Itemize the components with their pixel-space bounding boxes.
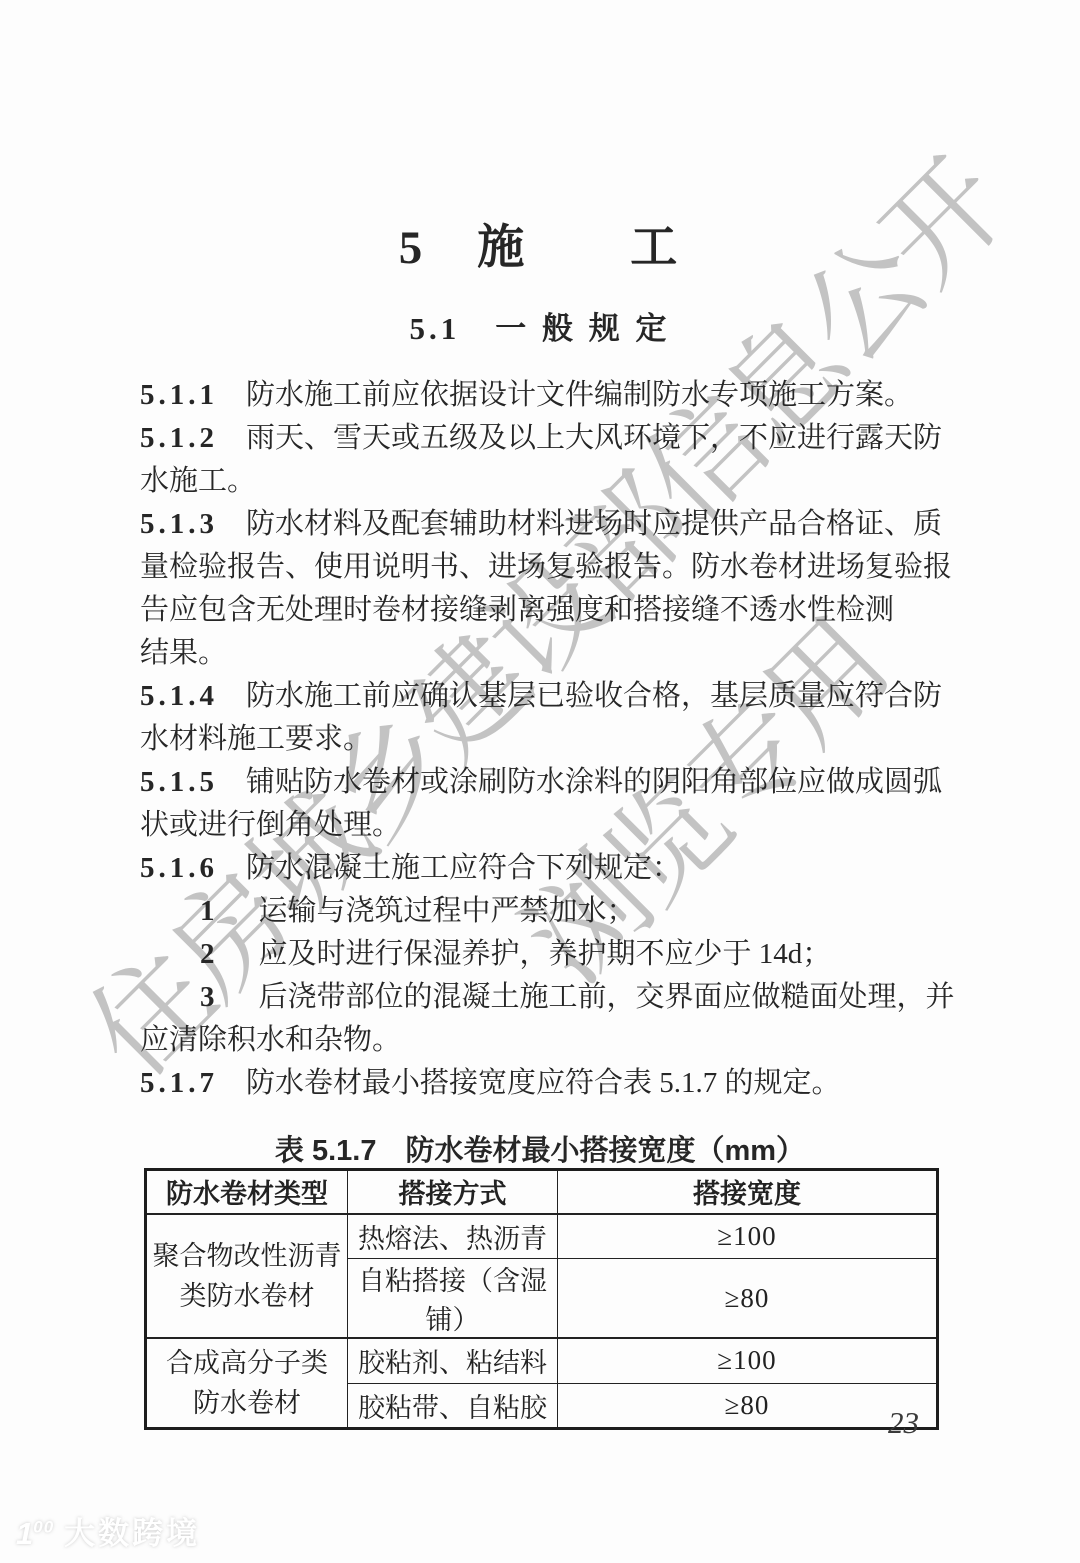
clause-number: 5.1.7	[140, 1067, 218, 1099]
clause-text: 雨天、雪天或五级及以上大风环境下，不应进行露天防	[246, 422, 942, 454]
subitem-number: 3	[200, 981, 215, 1013]
body-subitem-line: 2应及时进行保湿养护，养护期不应少于 14d；	[140, 933, 950, 976]
table-header-row: 防水卷材类型 搭接方式 搭接宽度	[146, 1170, 938, 1214]
clause-text: 应及时进行保湿养护，养护期不应少于 14d；	[259, 938, 832, 970]
table-title: 表 5.1.7 防水卷材最小搭接宽度（mm）	[0, 1128, 1080, 1169]
table-cell-method: 胶粘带、自粘胶	[348, 1383, 558, 1428]
clause-text: 应清除积水和杂物。	[140, 1024, 401, 1056]
type-line: 类防水卷材	[151, 1276, 343, 1316]
body-line: 水施工。	[140, 460, 950, 503]
body-line: 应清除积水和杂物。	[140, 1019, 950, 1062]
section-title: 5.1 一 般 规 定	[0, 303, 1080, 348]
clause-text: 防水材料及配套辅助材料进场时应提供产品合格证、质	[246, 508, 942, 540]
body-line: 5.1.5铺贴防水卷材或涂刷防水涂料的阴阳角部位应做成圆弧	[140, 761, 950, 804]
body-line: 水材料施工要求。	[140, 718, 950, 761]
body-line: 量检验报告、使用说明书、进场复验报告。防水卷材进场复验报	[140, 546, 950, 589]
table-cell-method: 热熔法、热沥青	[348, 1214, 558, 1259]
table-cell-width: ≥80	[558, 1383, 938, 1428]
clause-number: 5.1.3	[140, 508, 218, 540]
body-line: 5.1.2雨天、雪天或五级及以上大风环境下，不应进行露天防	[140, 417, 950, 460]
table-row: 聚合物改性沥青 类防水卷材 热熔法、热沥青 ≥100	[146, 1214, 938, 1259]
chapter-title: 5 施 工	[0, 210, 1080, 277]
body-subitem-line: 3后浇带部位的混凝土施工前，交界面应做糙面处理，并	[140, 976, 950, 1019]
body-line: 5.1.4防水施工前应确认基层已验收合格，基层质量应符合防	[140, 675, 950, 718]
clause-text: 防水混凝土施工应符合下列规定：	[246, 852, 681, 884]
clause-text: 防水施工前应确认基层已验收合格，基层质量应符合防	[246, 680, 942, 712]
body-line: 结果。	[140, 632, 950, 675]
subitem-number: 1	[200, 895, 215, 927]
clause-text: 量检验报告、使用说明书、进场复验报告。防水卷材进场复验报	[140, 551, 952, 583]
table-cell-width: ≥100	[558, 1214, 938, 1259]
body-line: 5.1.6防水混凝土施工应符合下列规定：	[140, 847, 950, 890]
clause-text: 结果。	[140, 637, 227, 669]
body-text: 5.1.1防水施工前应依据设计文件编制防水专项施工方案。 5.1.2雨天、雪天或…	[140, 374, 950, 1105]
type-line: 防水卷材	[151, 1383, 343, 1423]
table-header-width: 搭接宽度	[558, 1170, 938, 1214]
body-line: 告应包含无处理时卷材接缝剥离强度和搭接缝不透水性检测	[140, 589, 950, 632]
lap-width-table: 防水卷材类型 搭接方式 搭接宽度 聚合物改性沥青 类防水卷材 热熔法、热沥青 ≥…	[144, 1168, 939, 1430]
body-line: 5.1.3防水材料及配套辅助材料进场时应提供产品合格证、质	[140, 503, 950, 546]
clause-text: 水施工。	[140, 465, 256, 497]
table-row: 合成高分子类 防水卷材 胶粘剂、粘结料 ≥100	[146, 1338, 938, 1383]
clause-text: 防水卷材最小搭接宽度应符合表 5.1.7 的规定。	[246, 1067, 841, 1099]
clause-text: 状或进行倒角处理。	[140, 809, 401, 841]
table-cell-method: 胶粘剂、粘结料	[348, 1338, 558, 1383]
clause-text: 告应包含无处理时卷材接缝剥离强度和搭接缝不透水性检测	[140, 594, 894, 626]
body-line: 5.1.7防水卷材最小搭接宽度应符合表 5.1.7 的规定。	[140, 1062, 950, 1105]
table-cell-width: ≥100	[558, 1338, 938, 1383]
clause-text: 水材料施工要求。	[140, 723, 372, 755]
type-line: 聚合物改性沥青	[151, 1236, 343, 1276]
body-line: 状或进行倒角处理。	[140, 804, 950, 847]
subitem-number: 2	[200, 938, 215, 970]
table-cell-method: 自粘搭接（含湿铺）	[348, 1259, 558, 1339]
table-header-method: 搭接方式	[348, 1170, 558, 1214]
clause-text: 防水施工前应依据设计文件编制防水专项施工方案。	[246, 379, 913, 411]
site-logo-text: 大数跨境	[64, 1516, 200, 1551]
clause-text: 运输与浇筑过程中严禁加水；	[259, 895, 636, 927]
table-cell-type-group2: 合成高分子类 防水卷材	[146, 1338, 348, 1428]
clause-number: 5.1.4	[140, 680, 218, 712]
type-line: 合成高分子类	[151, 1343, 343, 1383]
body-line: 5.1.1防水施工前应依据设计文件编制防水专项施工方案。	[140, 374, 950, 417]
clause-number: 5.1.2	[140, 422, 218, 454]
clause-number: 5.1.1	[140, 379, 218, 411]
clause-text: 铺贴防水卷材或涂刷防水涂料的阴阳角部位应做成圆弧	[246, 766, 942, 798]
10-100-logo-icon: 100	[16, 1516, 54, 1551]
clause-number: 5.1.5	[140, 766, 218, 798]
table-cell-width: ≥80	[558, 1259, 938, 1339]
table-cell-type-group1: 聚合物改性沥青 类防水卷材	[146, 1214, 348, 1339]
site-logo: 100大数跨境	[16, 1508, 200, 1553]
document-page: { "watermark": { "line1": "住房城乡建设部信息公开",…	[0, 0, 1080, 1563]
body-subitem-line: 1运输与浇筑过程中严禁加水；	[140, 890, 950, 933]
page-number: 23	[888, 1405, 919, 1441]
clause-number: 5.1.6	[140, 852, 218, 884]
table-header-type: 防水卷材类型	[146, 1170, 348, 1214]
clause-text: 后浇带部位的混凝土施工前，交界面应做糙面处理，并	[259, 981, 955, 1013]
